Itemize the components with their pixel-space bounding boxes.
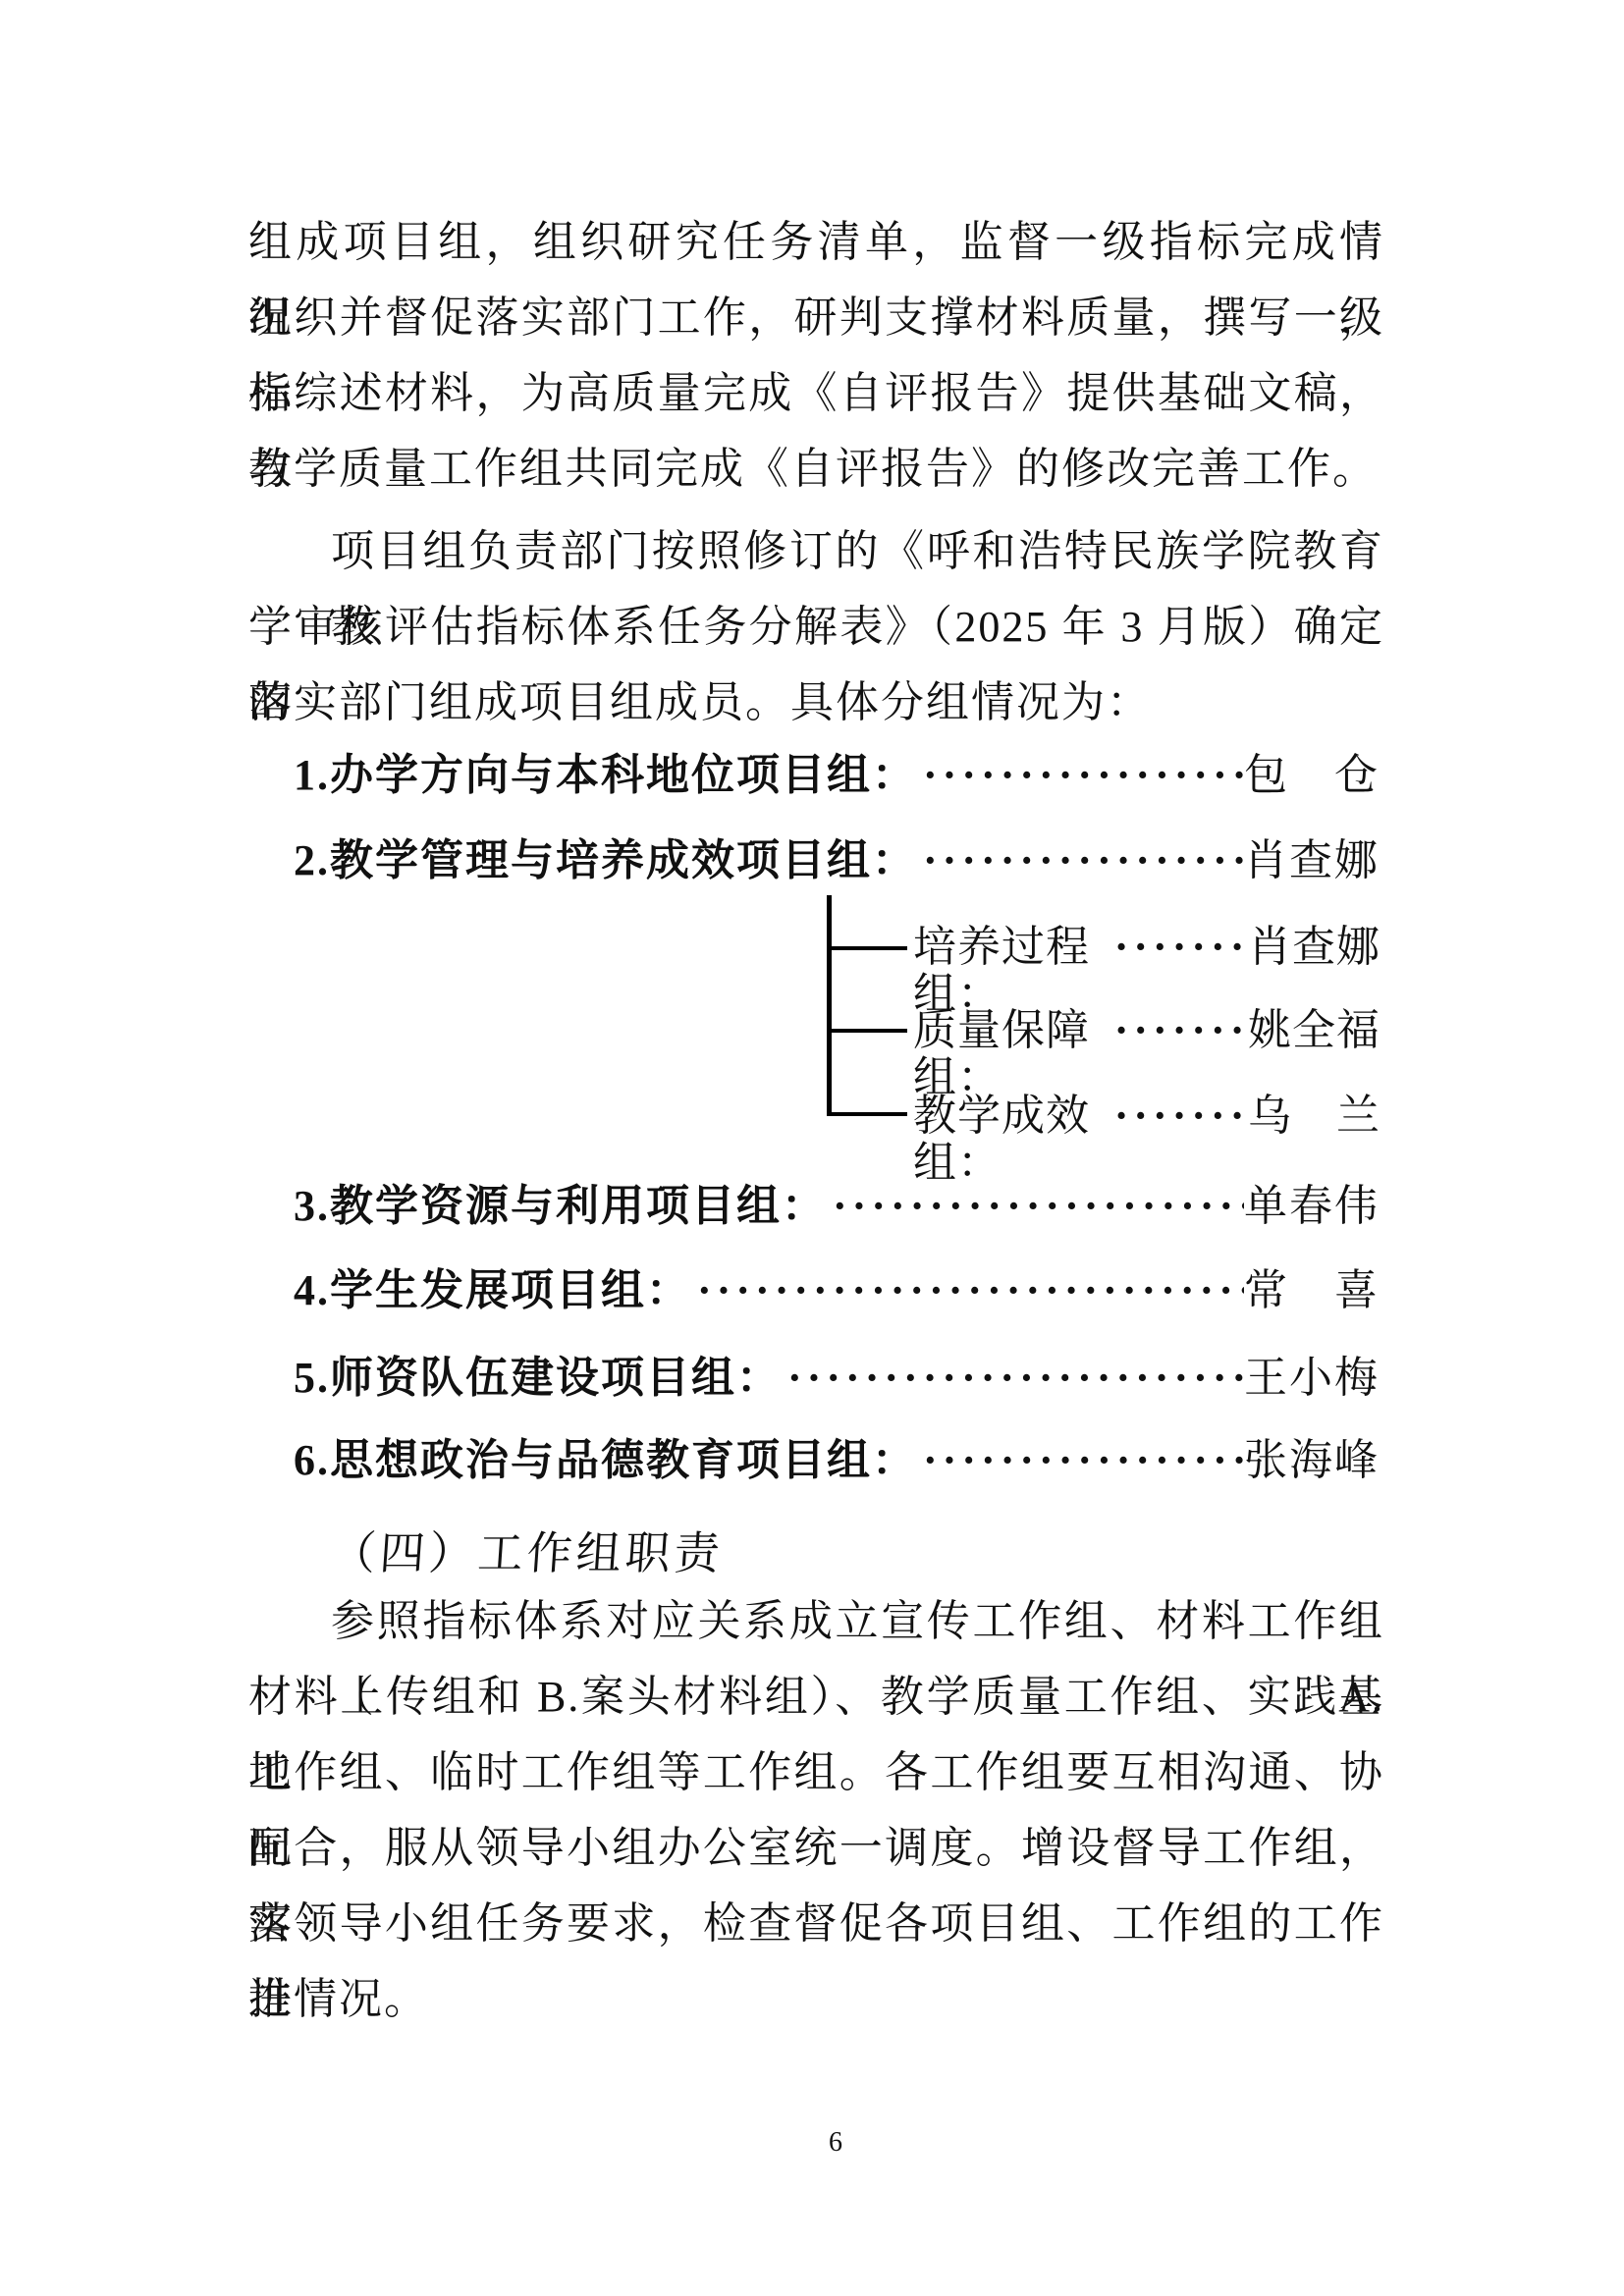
tree-connector-branch-line	[827, 946, 907, 950]
dot-leader: ········································…	[782, 1355, 1244, 1402]
project-item-leader-name: 常 喜	[1244, 1267, 1380, 1314]
text-line: 实领导小组任务要求，检查督促各项目组、工作组的工作推	[248, 1886, 1384, 1961]
project-item-2: 2.教学管理与培养成效项目组： ························…	[248, 837, 1380, 884]
dot-leader: ·········	[1109, 924, 1248, 971]
text-line: 配合，服从领导小组办公室统一调度。增设督导工作组，落	[248, 1810, 1384, 1886]
subgroup-item-3: 教学成效组： ········· 乌 兰	[913, 1093, 1380, 1140]
text-line: 项目组负责部门按照修订的《呼和浩特民族学院教育教	[248, 513, 1384, 589]
project-item-label: 5.师资队伍建设项目组：	[294, 1355, 782, 1402]
dot-leader: ········································…	[917, 1437, 1244, 1484]
text-line: 参照指标体系对应关系成立宣传工作组、材料工作组（A.	[248, 1583, 1384, 1659]
subgroup-item-2: 质量保障组： ········· 姚全福	[913, 1007, 1380, 1054]
project-item-3: 3.教学资源与利用项目组： ··························…	[248, 1183, 1380, 1230]
paragraph-grouping-intro: 项目组负责部门按照修订的《呼和浩特民族学院教育教 学审核评估指标体系任务分解表》…	[248, 513, 1384, 740]
project-item-label: 1.办学方向与本科地位项目组：	[294, 752, 917, 799]
dot-leader: ········································…	[917, 837, 1244, 884]
dot-leader: ·········	[1109, 1093, 1248, 1140]
subgroup-label: 教学成效组：	[913, 1093, 1109, 1187]
project-item-4: 4.学生发展项目组： ·····························…	[248, 1267, 1380, 1314]
dot-leader: ········································…	[827, 1183, 1244, 1230]
dot-leader: ········································…	[691, 1267, 1244, 1314]
tree-connector-branch-line	[827, 1112, 907, 1116]
section-heading: （四）工作组职责	[329, 1518, 727, 1582]
text-line: 标综述材料，为高质量完成《自评报告》提供基础文稿，与	[248, 355, 1384, 431]
text-line: 工作组、临时工作组等工作组。各工作组要互相沟通、协同	[248, 1735, 1384, 1810]
text-line: 组织并督促落实部门工作，研判支撑材料质量，撰写一级指	[248, 280, 1384, 355]
project-item-label: 4.学生发展项目组：	[294, 1267, 691, 1314]
page-number: 6	[248, 2126, 1423, 2160]
project-item-5: 5.师资队伍建设项目组： ···························…	[248, 1355, 1380, 1402]
text-line: 材料上传组和 B.案头材料组）、教学质量工作组、实践基地	[248, 1659, 1384, 1735]
project-item-leader-name: 肖查娜	[1244, 837, 1380, 884]
document-page: 组成项目组，组织研究任务清单，监督一级指标完成情况， 组织并督促落实部门工作，研…	[0, 0, 1624, 2296]
subgroup-leader-name: 乌 兰	[1248, 1093, 1380, 1140]
project-item-leader-name: 张海峰	[1244, 1437, 1380, 1484]
tree-connector-vertical-line	[827, 895, 832, 1115]
subgroup-label: 质量保障组：	[913, 1007, 1109, 1101]
subgroup-leader-name: 肖查娜	[1248, 924, 1380, 971]
project-item-label: 3.教学资源与利用项目组：	[294, 1183, 827, 1230]
project-item-leader-name: 王小梅	[1244, 1355, 1380, 1402]
subgroup-leader-name: 姚全福	[1248, 1007, 1380, 1054]
project-item-leader-name: 单春伟	[1244, 1183, 1380, 1230]
project-item-1: 1.办学方向与本科地位项目组： ························…	[248, 752, 1380, 799]
text-line: 学审核评估指标体系任务分解表》（2025 年 3 月版）确定的	[248, 589, 1384, 665]
dot-leader: ·········	[1109, 1007, 1248, 1054]
project-item-6: 6.思想政治与品德教育项目组： ························…	[248, 1437, 1380, 1484]
tree-connector-branch-line	[827, 1029, 907, 1033]
project-item-label: 2.教学管理与培养成效项目组：	[294, 837, 917, 884]
project-item-label: 6.思想政治与品德教育项目组：	[294, 1437, 917, 1484]
text-line: 落实部门组成项目组成员。具体分组情况为：	[248, 665, 1384, 740]
paragraph-duties: 组成项目组，组织研究任务清单，监督一级指标完成情况， 组织并督促落实部门工作，研…	[248, 204, 1384, 507]
paragraph-workgroup-duties: 参照指标体系对应关系成立宣传工作组、材料工作组（A. 材料上传组和 B.案头材料…	[248, 1583, 1384, 2037]
text-line: 组成项目组，组织研究任务清单，监督一级指标完成情况，	[248, 204, 1384, 280]
text-line: 教学质量工作组共同完成《自评报告》的修改完善工作。	[248, 431, 1384, 507]
dot-leader: ········································…	[917, 752, 1244, 799]
text-line: 进情况。	[248, 1961, 1384, 2037]
subgroup-item-1: 培养过程组： ········· 肖查娜	[913, 924, 1380, 971]
project-item-leader-name: 包 仓	[1244, 752, 1380, 799]
subgroup-label: 培养过程组：	[913, 924, 1109, 1018]
